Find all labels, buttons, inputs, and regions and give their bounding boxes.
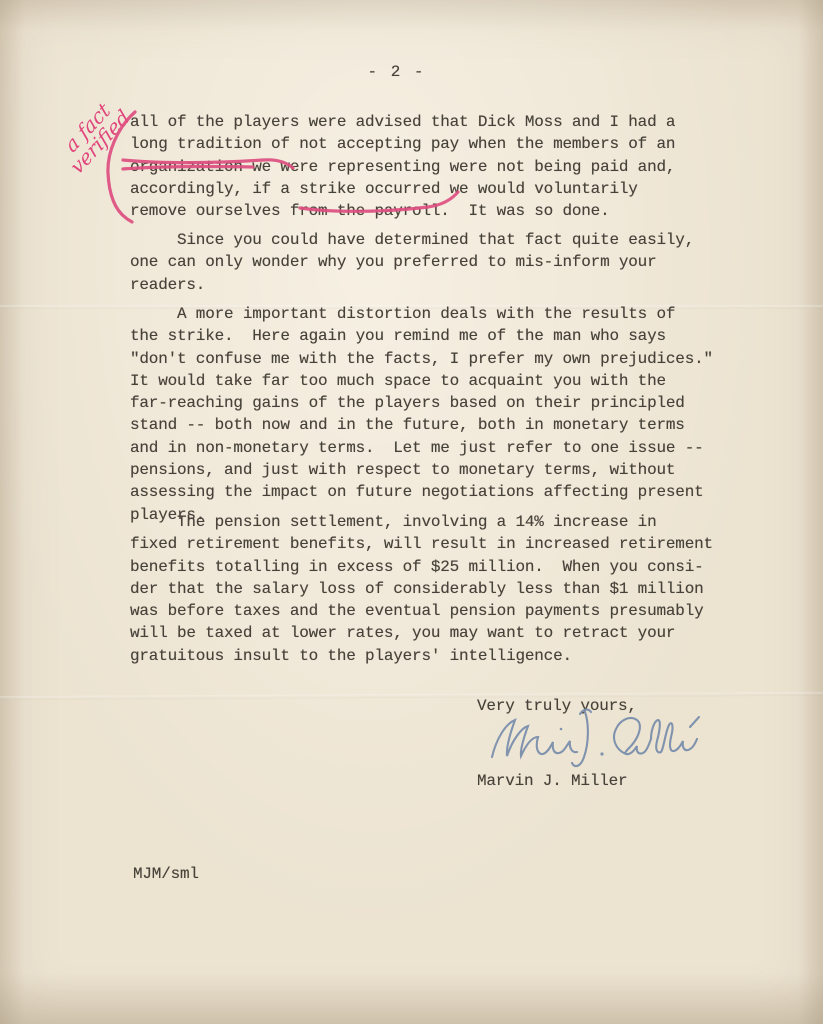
paragraph-1: all of the players were advised that Dic… — [130, 111, 675, 222]
signature-j-stroke — [572, 710, 591, 767]
paragraph-2: Since you could have determined that fac… — [130, 229, 694, 296]
signature-last-name-stroke — [614, 718, 697, 754]
paper-fold-crease-bottom — [0, 692, 823, 700]
letter-page: - 2 - all of the players were advised th… — [0, 0, 823, 1024]
signature-flourish-tick — [690, 717, 699, 727]
handwritten-signature — [492, 710, 699, 767]
signature-first-name-stroke — [492, 720, 577, 757]
signature-period-dot — [600, 752, 603, 755]
signature-i-dot — [560, 728, 563, 731]
paragraph-3: A more important distortion deals with t… — [130, 303, 713, 526]
closing-line: Very truly yours, — [477, 695, 637, 717]
typist-initials: MJM/sml — [133, 863, 199, 885]
typed-signature-name: Marvin J. Miller — [477, 770, 627, 792]
paragraph-4: The pension settlement, involving a 14% … — [130, 511, 713, 667]
